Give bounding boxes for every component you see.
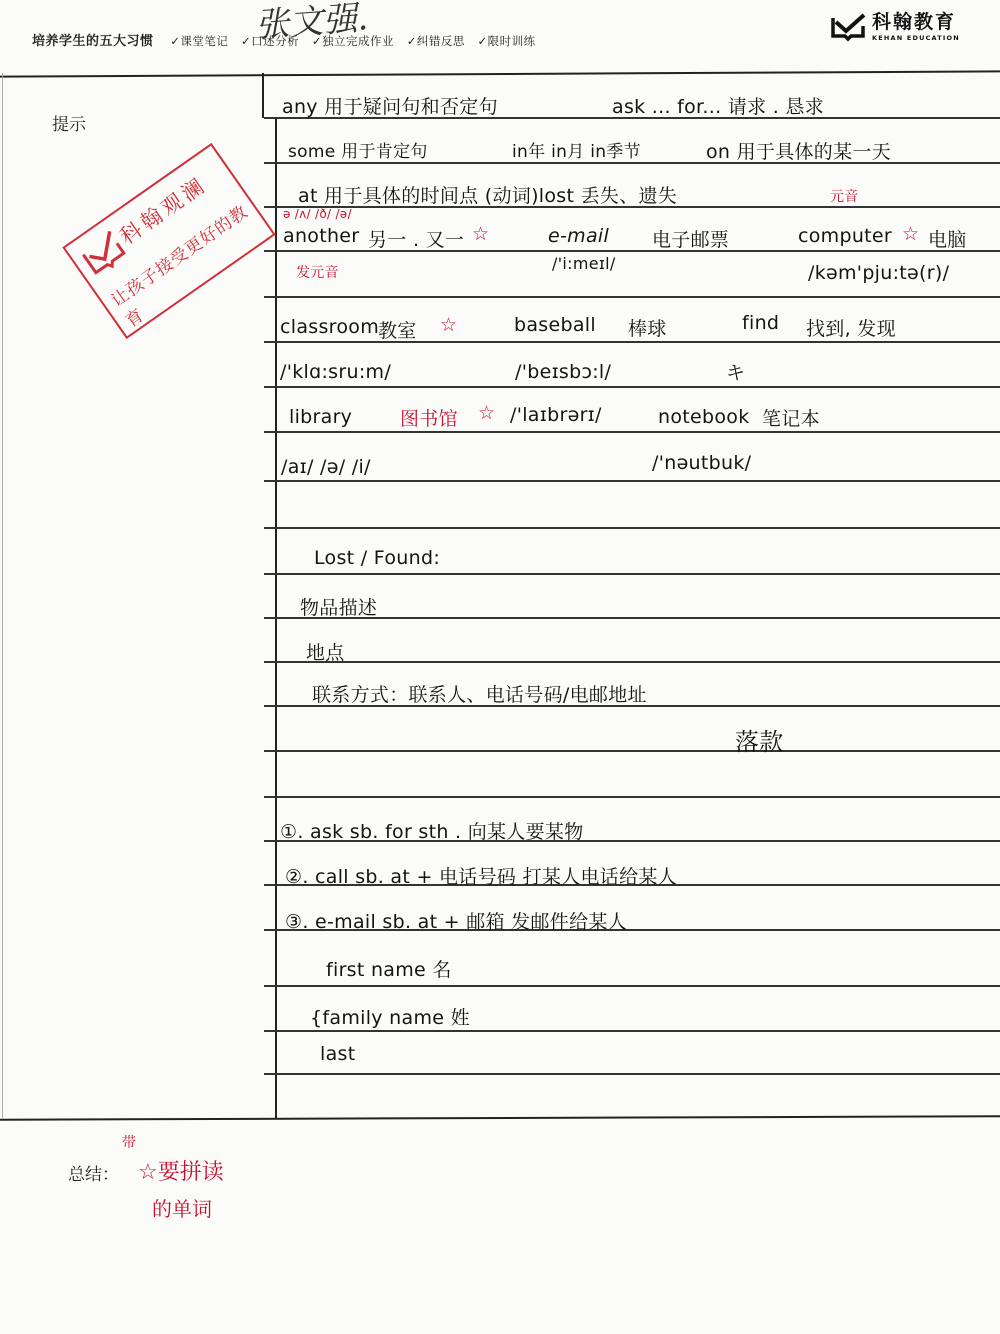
ruled-line [264, 386, 1000, 388]
habit-item: ✓口述分析 [241, 34, 299, 48]
star-icon: ☆ [472, 223, 489, 245]
summary-label: 总结： [68, 1160, 119, 1185]
ruled-line [264, 296, 1000, 298]
frame-bottom-line [0, 1115, 1000, 1120]
summary-note-cont: 的单词 [152, 1193, 212, 1222]
phrase-call: ②. call sb. at + 电话号码 打某人电话给某人 [285, 862, 677, 889]
brand-logo: 科翰教育 KEHAN EDUCATION [830, 12, 960, 42]
word-another: another [283, 225, 359, 247]
word-notebook: notebook [658, 406, 750, 428]
ruled-line [264, 431, 1000, 433]
check-book-icon [830, 12, 866, 42]
ruled-line [264, 661, 1000, 663]
ruled-line [264, 480, 1000, 482]
lost-found-item: 物品描述 [300, 593, 377, 620]
phrase-ask: ①. ask sb. for sth . 向某人要某物 [280, 817, 584, 844]
word-baseball: baseball [514, 314, 596, 336]
lost-found-signoff: 落款 [735, 722, 784, 757]
habit-item: ✓独立完成作业 [312, 34, 394, 48]
school-stamp: 科翰观澜 让孩子接受更好的教育 [62, 143, 275, 339]
word-classroom: classroom [280, 316, 379, 338]
habits-header: 培养学生的五大习惯 ✓课堂笔记 ✓口述分析 ✓独立完成作业 ✓纠错反思 ✓限时训… [32, 30, 544, 49]
note-some: some 用于肯定句 [288, 137, 428, 162]
ruled-line [264, 796, 1000, 798]
note-at-lost: at 用于具体的时间点 (动词)lost 丢失、遗失 [298, 181, 677, 208]
page-edge [2, 73, 3, 1118]
annotation-vowel-sound: 发元音 [296, 262, 339, 282]
ruled-line [264, 1073, 1000, 1075]
habit-item: ✓课堂笔记 [170, 34, 228, 48]
note-any: any 用于疑问句和否定句 [282, 92, 498, 119]
word-another-cn: 另一 . 又一 [368, 225, 464, 252]
phonetic-email: /'i:meɪl/ [552, 254, 616, 273]
word-classroom-cn: 教室 [378, 316, 417, 343]
word-computer: computer [798, 225, 892, 247]
habit-item: ✓限时训练 [478, 34, 536, 48]
annotation-vowel: 元音 [830, 186, 859, 206]
word-library-cn: 图书馆 [400, 404, 458, 431]
phonetic-classroom: /'klɑ:sru:m/ [280, 361, 391, 383]
lost-found-title: Lost / Found: [314, 547, 440, 569]
note-in: in年 in月 in季节 [512, 137, 641, 162]
word-computer-cn: 电脑 [928, 225, 967, 252]
phonetic-baseball: /'beɪsbɔ:l/ [515, 361, 611, 383]
phonetic-library: /'laɪbrərɪ/ [510, 404, 602, 426]
ruled-line [264, 341, 1000, 343]
ruled-line [264, 1030, 1000, 1032]
column-divider [262, 73, 264, 118]
note-family-name: {family name 姓 [310, 1003, 470, 1030]
summary-annotation: 带 [122, 1132, 136, 1152]
phrase-email: ③. e-mail sb. at + 邮箱 发邮件给某人 [285, 907, 627, 934]
summary-note: ☆要拼读 [138, 1155, 224, 1186]
note-first-name: first name 名 [326, 955, 452, 982]
annotation-phonetic: ə /ʌ/ /ð/ /ə/ [283, 207, 352, 221]
note-ask-for: ask ... for... 请求 . 恳求 [612, 92, 824, 119]
brand-name-cn: 科翰教育 [872, 13, 960, 32]
word-library: library [289, 406, 352, 428]
ruled-line [264, 985, 1000, 987]
ruled-line [264, 750, 1000, 752]
note-last-name: last [320, 1043, 355, 1065]
word-find-cn: 找到, 发现 [806, 314, 896, 341]
phonetic-computer: /kəm'pju:tə(r)/ [808, 262, 949, 284]
star-icon: ☆ [478, 402, 495, 424]
hint-label: 提示 [52, 110, 86, 135]
note-on: on 用于具体的某一天 [706, 137, 891, 164]
lost-found-contact: 联系方式：联系人、电话号码/电邮地址 [312, 680, 647, 707]
word-find: find [742, 312, 779, 334]
habits-title: 培养学生的五大习惯 [32, 34, 154, 49]
ruled-line [264, 573, 1000, 575]
frame-top-line [0, 70, 1000, 77]
phonetic-vowels: /aɪ/ /ə/ /i/ [281, 456, 371, 478]
ruled-line [264, 527, 1000, 529]
habit-item: ✓纠错反思 [407, 34, 465, 48]
word-notebook-cn: 笔记本 [762, 404, 820, 431]
brand-name-en: KEHAN EDUCATION [872, 35, 960, 42]
word-baseball-cn: 棒球 [628, 314, 667, 341]
phonetic-notebook: /'nəutbuk/ [652, 452, 751, 474]
lost-found-place: 地点 [306, 638, 345, 665]
word-email-cn: 电子邮票 [652, 225, 729, 252]
word-email: e-mail [548, 225, 609, 247]
star-icon: ☆ [902, 223, 919, 245]
mark: キ [726, 358, 745, 385]
star-icon: ☆ [440, 314, 457, 336]
